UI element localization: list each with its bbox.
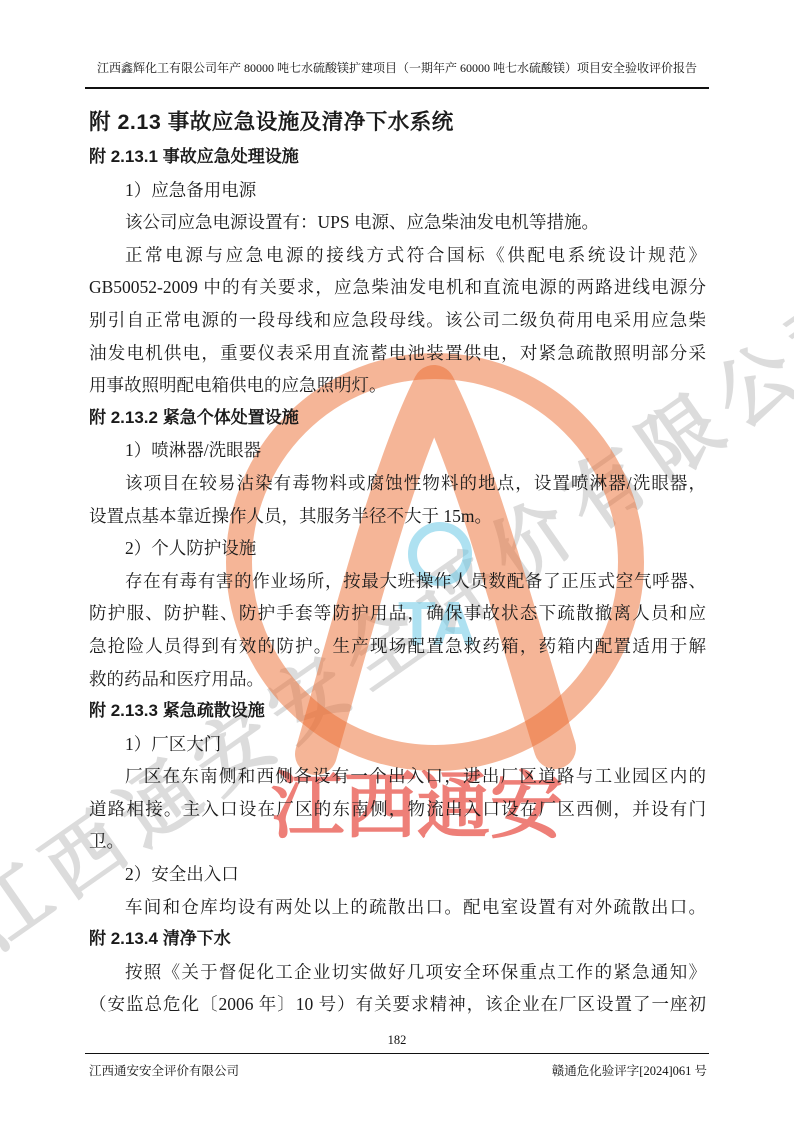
page-header-title: 江西鑫辉化工有限公司年产 80000 吨七水硫酸镁扩建项目（一期年产 60000… bbox=[42, 60, 752, 76]
text-line: 救的药品和医疗用品。 bbox=[89, 663, 706, 696]
text-line: 急抢险人员得到有效的防护。生产现场配置急救药箱，药箱内配置适用于解 bbox=[89, 630, 706, 663]
text-line: 1）喷淋器/洗眼器 bbox=[89, 434, 706, 467]
document-title: 附 2.13 事故应急设施及清净下水系统 bbox=[89, 103, 706, 141]
text-line: 该项目在较易沾染有毒物料或腐蚀性物料的地点，设置喷淋器/洗眼器， bbox=[89, 467, 706, 500]
text-line: 用事故照明配电箱供电的应急照明灯。 bbox=[89, 369, 706, 402]
text-line: 别引自正常电源的一段母线和应急段母线。该公司二级负荷用电采用应急柴 bbox=[89, 304, 706, 337]
section-heading: 附 2.13.1 事故应急处理设施 bbox=[89, 141, 706, 174]
text-line: GB50052-2009 中的有关要求，应急柴油发电机和直流电源的两路进线电源分 bbox=[89, 271, 706, 304]
text-line: 厂区在东南侧和西侧各设有一个出入口，进出厂区道路与工业园区内的 bbox=[89, 760, 706, 793]
text-line: 油发电机供电，重要仪表采用直流蓄电池装置供电，对紧急疏散照明部分采 bbox=[89, 337, 706, 370]
text-line: 该公司应急电源设置有：UPS 电源、应急柴油发电机等措施。 bbox=[89, 206, 706, 239]
text-line: 存在有毒有害的作业场所，按最大班操作人员数配备了正压式空气呼器、 bbox=[89, 565, 706, 598]
text-line: 防护服、防护鞋、防护手套等防护用品，确保事故状态下疏散撤离人员和应 bbox=[89, 597, 706, 630]
section-heading: 附 2.13.3 紧急疏散设施 bbox=[89, 695, 706, 728]
footer-rule bbox=[85, 1053, 709, 1054]
text-line: 卫。 bbox=[89, 825, 706, 858]
text-line: 按照《关于督促化工企业切实做好几项安全环保重点工作的紧急通知》 bbox=[89, 956, 706, 989]
text-line: 正常电源与应急电源的接线方式符合国标《供配电系统设计规范》 bbox=[89, 239, 706, 272]
content-layer: 江西鑫辉化工有限公司年产 80000 吨七水硫酸镁扩建项目（一期年产 60000… bbox=[0, 0, 794, 1123]
text-line: （安监总危化〔2006 年〕10 号）有关要求精神，该企业在厂区设置了一座初 bbox=[89, 988, 706, 1021]
text-line: 道路相接。主入口设在厂区的东南侧，物流出入口设在厂区西侧，并设有门 bbox=[89, 793, 706, 826]
text-line: 设置点基本靠近操作人员，其服务半径不大于 15m。 bbox=[89, 500, 706, 533]
document-page: 江西通安安全评价有限公司 TA 江西通安 江西鑫辉化工有限公司年产 80000 … bbox=[0, 0, 794, 1123]
section-heading: 附 2.13.2 紧急个体处置设施 bbox=[89, 402, 706, 435]
text-line: 1）厂区大门 bbox=[89, 728, 706, 761]
text-line: 1）应急备用电源 bbox=[89, 174, 706, 207]
text-line: 2）个人防护设施 bbox=[89, 532, 706, 565]
page-number: 182 bbox=[0, 1033, 794, 1048]
footer-doc-number: 赣通危化验评字[2024]061 号 bbox=[552, 1061, 707, 1079]
text-line: 2）安全出入口 bbox=[89, 858, 706, 891]
header-rule bbox=[85, 87, 709, 89]
section-heading: 附 2.13.4 清净下水 bbox=[89, 923, 706, 956]
footer-company: 江西通安安全评价有限公司 bbox=[89, 1061, 239, 1079]
text-line: 车间和仓库均设有两处以上的疏散出口。配电室设置有对外疏散出口。 bbox=[89, 891, 706, 924]
document-body: 附 2.13 事故应急设施及清净下水系统附 2.13.1 事故应急处理设施1）应… bbox=[89, 103, 706, 1021]
